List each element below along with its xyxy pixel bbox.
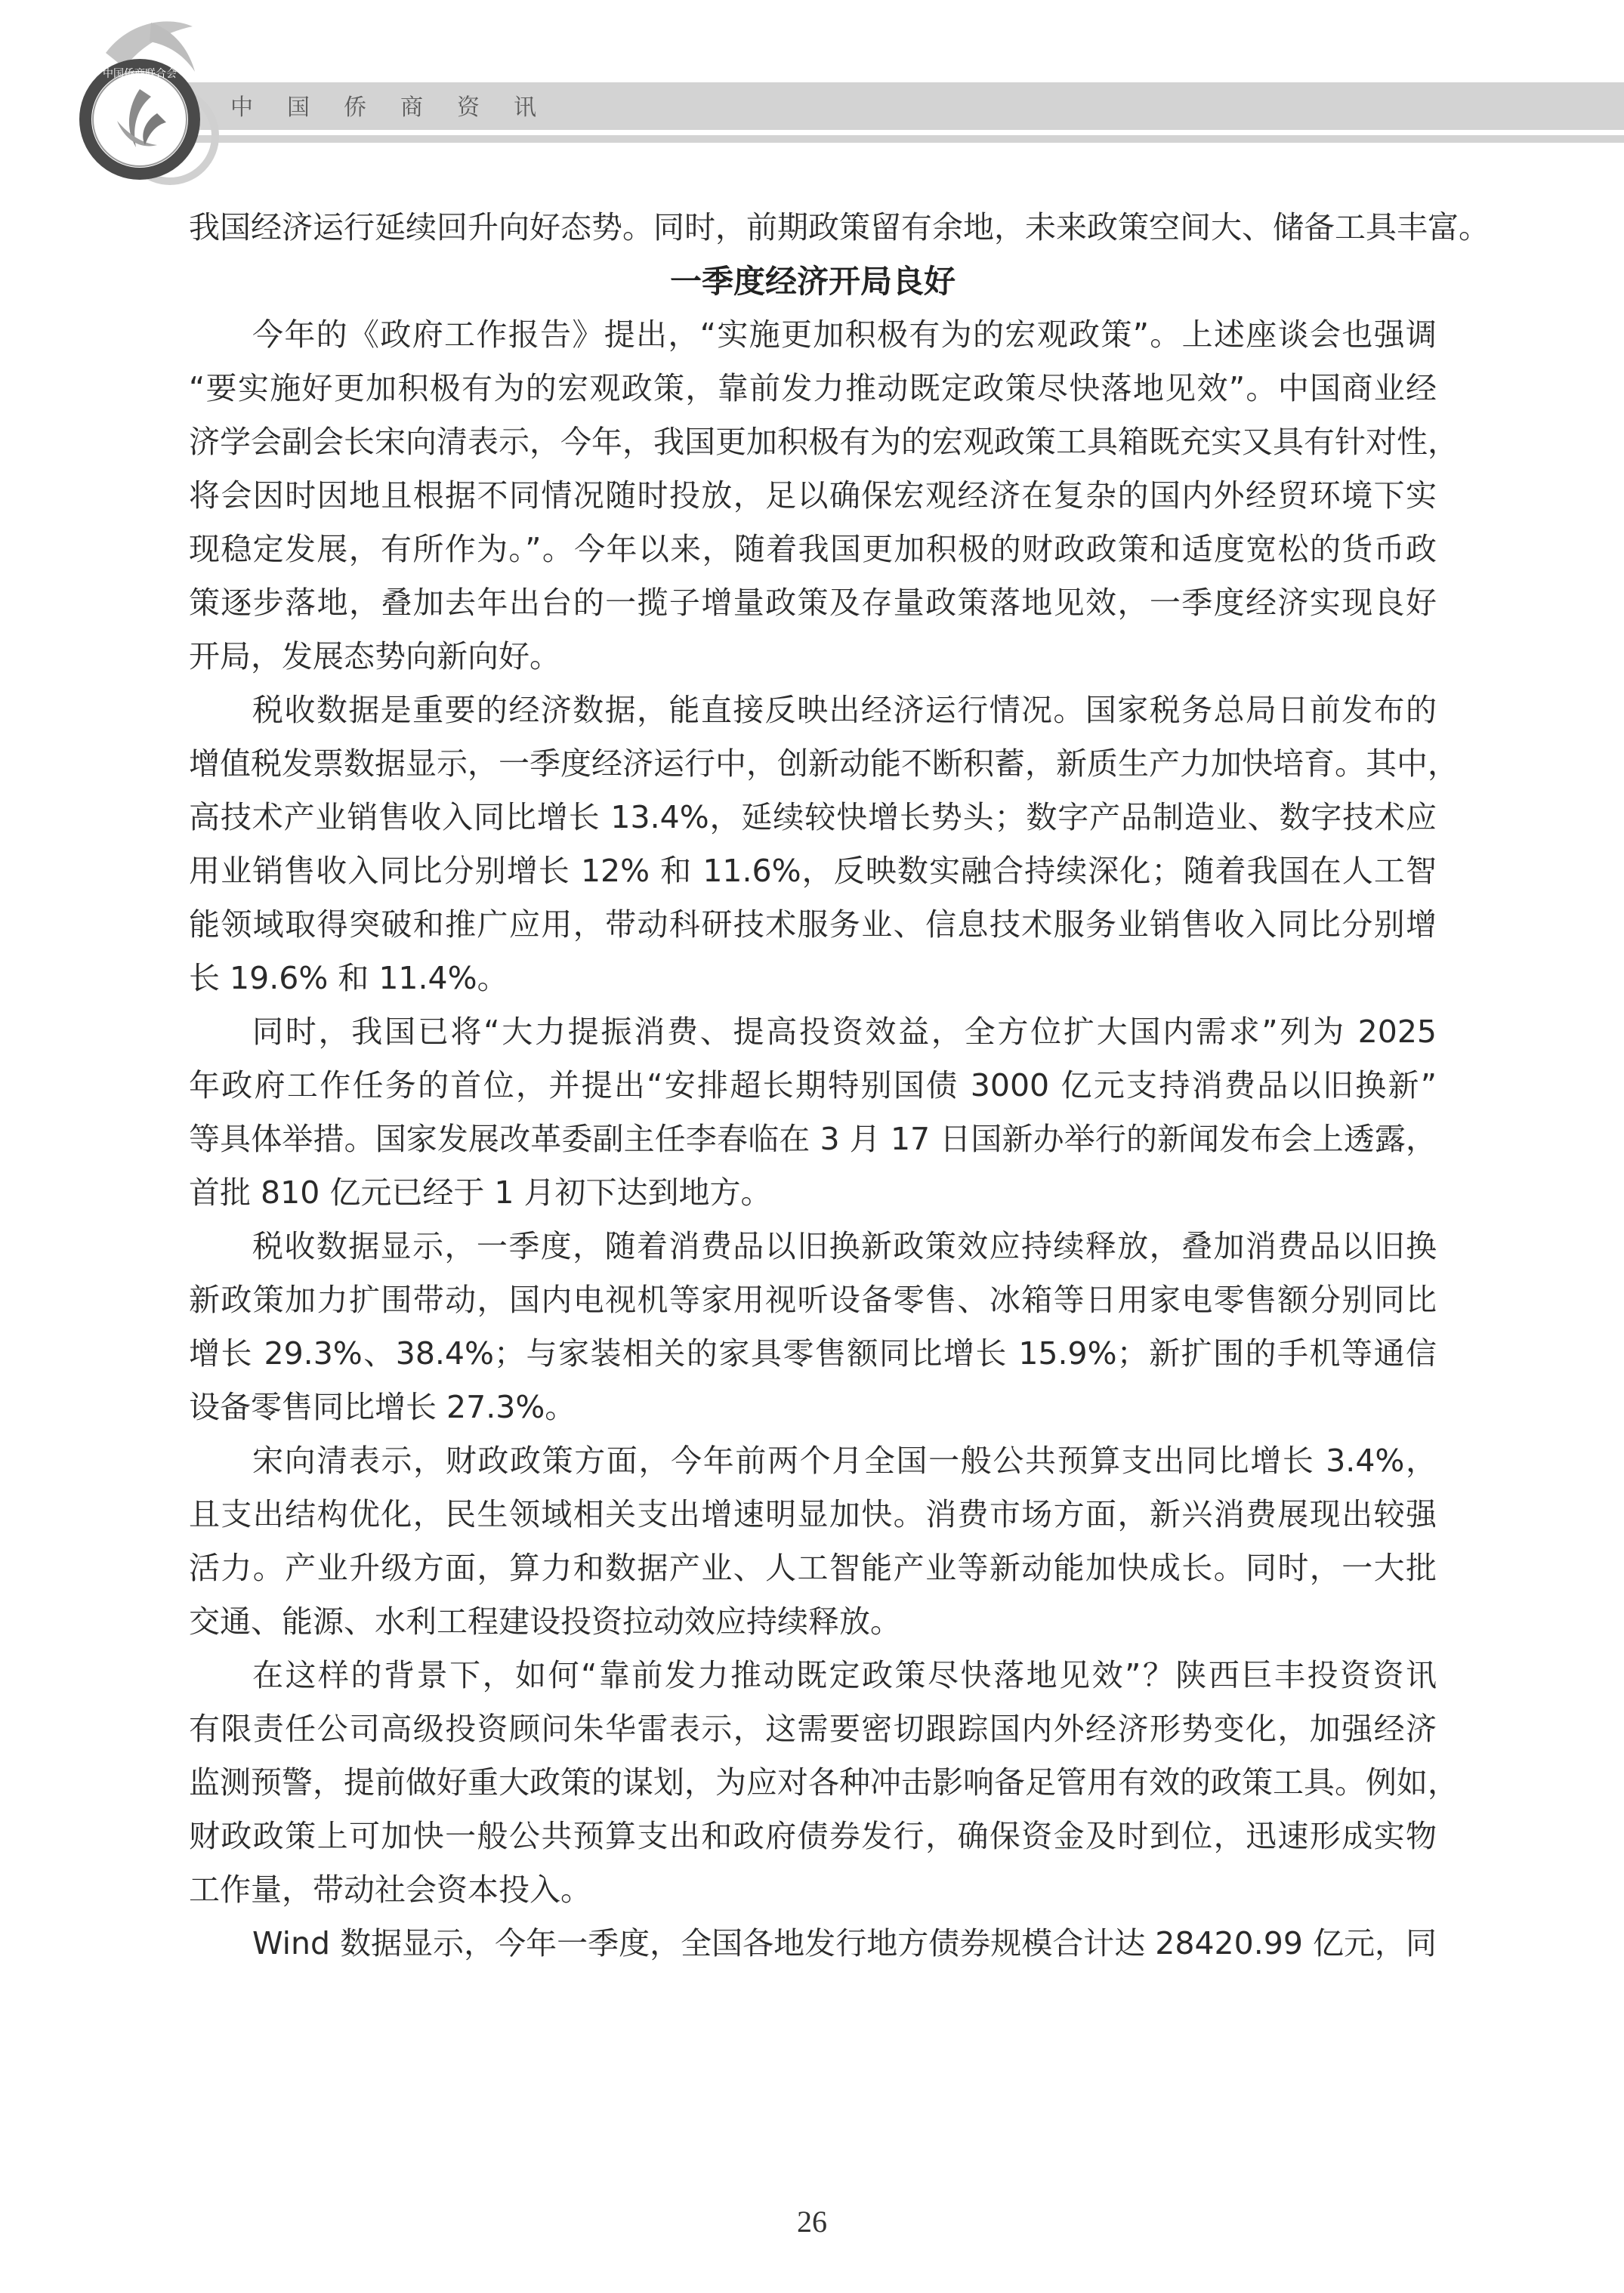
text-line: 用业销售收入同比分别增长 12% 和 11.6%，反映数实融合持续深化；随着我国… <box>189 844 1437 898</box>
publication-title-char: 中 <box>230 89 287 127</box>
paragraph: 我国经济运行延续回升向好态势。同时，前期政策留有余地，未来政策空间大、储备工具丰… <box>189 201 1437 255</box>
text-line: 监测预警，提前做好重大政策的谋划，为应对各种冲击影响备足管用有效的政策工具。例如… <box>189 1756 1437 1810</box>
text-line: 现稳定发展，有所作为。”。今年以来，随着我国更加积极的财政政策和适度宽松的货币政 <box>189 523 1437 576</box>
text-line: 交通、能源、水利工程建设投资拉动效应持续释放。 <box>189 1595 1437 1649</box>
header-strip <box>155 135 1624 143</box>
text-line: 我国经济运行延续回升向好态势。同时，前期政策留有余地，未来政策空间大、储备工具丰… <box>189 201 1437 255</box>
text-line: 首批 810 亿元已经于 1 月初下达到地方。 <box>189 1166 1437 1220</box>
text-line: 税收数据是重要的经济数据，能直接反映出经济运行情况。国家税务总局日前发布的 <box>189 684 1437 737</box>
text-line: 策逐步落地，叠加去年出台的一揽子增量政策及存量政策落地见效，一季度经济实现良好 <box>189 576 1437 630</box>
text-line: 长 19.6% 和 11.4%。 <box>189 952 1437 1005</box>
text-line: 税收数据显示，一季度，随着消费品以旧换新政策效应持续释放，叠加消费品以旧换 <box>189 1220 1437 1273</box>
text-line: 今年的《政府工作报告》提出，“实施更加积极有为的宏观政策”。上述座谈会也强调 <box>189 308 1437 362</box>
text-line: “要实施好更加积极有为的宏观政策，靠前发力推动既定政策尽快落地见效”。中国商业经 <box>189 362 1437 415</box>
publication-title-char: 资 <box>457 89 514 127</box>
article-body: 我国经济运行延续回升向好态势。同时，前期政策留有余地，未来政策空间大、储备工具丰… <box>189 201 1437 1970</box>
text-line: 财政政策上可加快一般公共预算支出和政府债券发行，确保资金及时到位，迅速形成实物 <box>189 1810 1437 1863</box>
paragraph: Wind 数据显示，今年一季度，全国各地发行地方债券规模合计达 28420.99… <box>189 1917 1437 1970</box>
text-line: 开局，发展态势向新向好。 <box>189 630 1437 684</box>
text-line: 济学会副会长宋向清表示，今年，我国更加积极有为的宏观政策工具箱既充实又具有针对性… <box>189 415 1437 469</box>
paragraph: 在这样的背景下，如何“靠前发力推动既定政策尽快落地见效”？陕西巨丰投资资讯 有限… <box>189 1649 1437 1917</box>
paragraph: 今年的《政府工作报告》提出，“实施更加积极有为的宏观政策”。上述座谈会也强调 “… <box>189 308 1437 684</box>
text-line: 增值税发票数据显示，一季度经济运行中，创新动能不断积蓄，新质生产力加快培育。其中… <box>189 737 1437 791</box>
text-line: 等具体举措。国家发展改革委副主任李春临在 3 月 17 日国新办举行的新闻发布会… <box>189 1113 1437 1166</box>
text-line: 能领域取得突破和推广应用，带动科研技术服务业、信息技术服务业销售收入同比分别增 <box>189 898 1437 952</box>
publication-title-char: 讯 <box>514 89 570 127</box>
text-line: 新政策加力扩围带动，国内电视机等家用视听设备零售、冰箱等日用家电零售额分别同比 <box>189 1273 1437 1327</box>
text-line: 高技术产业销售收入同比增长 13.4%，延续较快增长势头；数字产品制造业、数字技… <box>189 791 1437 844</box>
publication-title: 中 国 侨 商 资 讯 <box>230 89 570 127</box>
paragraph: 税收数据显示，一季度，随着消费品以旧换新政策效应持续释放，叠加消费品以旧换 新政… <box>189 1220 1437 1434</box>
paragraph: 宋向清表示，财政政策方面，今年前两个月全国一般公共预算支出同比增长 3.4%， … <box>189 1434 1437 1649</box>
publication-title-char: 商 <box>400 89 457 127</box>
text-line: 在这样的背景下，如何“靠前发力推动既定政策尽快落地见效”？陕西巨丰投资资讯 <box>189 1649 1437 1702</box>
federation-logo-icon: 中国侨商联合会 <box>60 8 234 189</box>
svg-text:中国侨商联合会: 中国侨商联合会 <box>103 67 177 80</box>
text-line: 同时，我国已将“大力提振消费、提高投资效益，全方位扩大国内需求”列为 2025 <box>189 1005 1437 1059</box>
publication-title-char: 侨 <box>344 89 400 127</box>
text-line: 增长 29.3%、38.4%；与家装相关的家具零售额同比增长 15.9%；新扩围… <box>189 1327 1437 1381</box>
text-line: 活力。产业升级方面，算力和数据产业、人工智能产业等新动能加快成长。同时，一大批 <box>189 1542 1437 1595</box>
page-number: 26 <box>0 2204 1624 2239</box>
text-line: 工作量，带动社会资本投入。 <box>189 1863 1437 1917</box>
text-line: 将会因时因地且根据不同情况随时投放，足以确保宏观经济在复杂的国内外经贸环境下实 <box>189 469 1437 523</box>
text-line: 且支出结构优化，民生领域相关支出增速明显加快。消费市场方面，新兴消费展现出较强 <box>189 1488 1437 1542</box>
section-heading: 一季度经济开局良好 <box>189 255 1437 308</box>
text-line: 有限责任公司高级投资顾问朱华雷表示，这需要密切跟踪国内外经济形势变化，加强经济 <box>189 1702 1437 1756</box>
text-line: Wind 数据显示，今年一季度，全国各地发行地方债券规模合计达 28420.99… <box>189 1917 1437 1970</box>
text-line: 设备零售同比增长 27.3%。 <box>189 1381 1437 1434</box>
text-line: 年政府工作任务的首位，并提出“安排超长期特别国债 3000 亿元支持消费品以旧换… <box>189 1059 1437 1113</box>
paragraph: 税收数据是重要的经济数据，能直接反映出经济运行情况。国家税务总局日前发布的 增值… <box>189 684 1437 1005</box>
paragraph: 同时，我国已将“大力提振消费、提高投资效益，全方位扩大国内需求”列为 2025 … <box>189 1005 1437 1220</box>
publication-title-char: 国 <box>287 89 344 127</box>
text-line: 宋向清表示，财政政策方面，今年前两个月全国一般公共预算支出同比增长 3.4%， <box>189 1434 1437 1488</box>
